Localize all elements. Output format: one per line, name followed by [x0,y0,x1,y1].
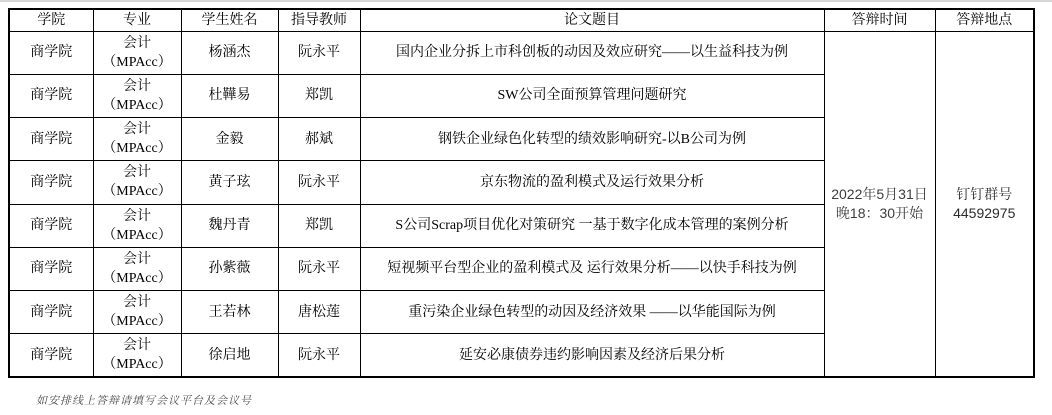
major-line1: 会计 [96,293,179,312]
header-major: 专业 [93,9,181,31]
thesis-title-cell: 重污染企业绿色转型的动因及经济效果 ——以华能国际为例 [360,291,824,334]
major-line2: （MPAcc） [96,269,179,288]
major-line1: 会计 [96,336,179,355]
major-line1: 会计 [96,163,179,182]
major-cell: 会计 （MPAcc） [93,204,181,247]
college-cell: 商学院 [9,291,93,334]
defense-time-line1: 2022年5月31日 [827,185,933,204]
defense-schedule-table: 学院 专业 学生姓名 指导教师 论文题目 答辩时间 答辩地点 商学院 会计 （M… [8,8,1035,378]
student-name-cell: 徐启地 [181,334,278,377]
thesis-title-cell: 短视频平台型企业的盈利模式及 运行效果分析——以快手科技为例 [360,247,824,290]
major-cell: 会计 （MPAcc） [93,334,181,377]
student-name-cell: 魏丹青 [181,204,278,247]
defense-location-cell: 钉钉群号 44592975 [935,31,1034,377]
advisor-cell: 阮永平 [278,161,360,204]
table-header-row: 学院 专业 学生姓名 指导教师 论文题目 答辩时间 答辩地点 [9,9,1034,31]
college-cell: 商学院 [9,247,93,290]
major-cell: 会计 （MPAcc） [93,291,181,334]
thesis-title-cell: 京东物流的盈利模式及运行效果分析 [360,161,824,204]
header-advisor: 指导教师 [278,9,360,31]
defense-location-line2: 44592975 [938,204,1032,223]
major-cell: 会计 （MPAcc） [93,161,181,204]
footer-note: 如安排线上答辩请填写会议平台及会议号 [36,392,252,408]
header-student-name: 学生姓名 [181,9,278,31]
major-line1: 会计 [96,77,179,96]
college-cell: 商学院 [9,31,93,74]
major-cell: 会计 （MPAcc） [93,74,181,117]
defense-time-cell: 2022年5月31日 晚18：30开始 [824,31,935,377]
header-thesis-title: 论文题目 [360,9,824,31]
thesis-title-cell: S公司Scrap项目优化对策研究 一基于数字化成本管理的案例分析 [360,204,824,247]
student-name-cell: 王若林 [181,291,278,334]
major-cell: 会计 （MPAcc） [93,31,181,74]
major-line1: 会计 [96,250,179,269]
advisor-cell: 郑凯 [278,74,360,117]
thesis-title-cell: 钢铁企业绿色化转型的绩效影响研究-以B公司为例 [360,118,824,161]
major-line2: （MPAcc） [96,226,179,245]
major-line1: 会计 [96,120,179,139]
student-name-cell: 孙紫薇 [181,247,278,290]
header-defense-time: 答辩时间 [824,9,935,31]
thesis-title-cell: 延安必康债券违约影响因素及经济后果分析 [360,334,824,377]
thesis-title-cell: SW公司全面预算管理问题研究 [360,74,824,117]
student-name-cell: 金毅 [181,118,278,161]
major-line2: （MPAcc） [96,355,179,374]
header-college: 学院 [9,9,93,31]
college-cell: 商学院 [9,161,93,204]
table-row: 商学院 会计 （MPAcc） 杨涵杰 阮永平 国内企业分拆上市科创板的动因及效应… [9,31,1034,74]
college-cell: 商学院 [9,74,93,117]
major-line2: （MPAcc） [96,139,179,158]
advisor-cell: 阮永平 [278,334,360,377]
major-line1: 会计 [96,207,179,226]
defense-location-line1: 钉钉群号 [938,185,1032,204]
major-cell: 会计 （MPAcc） [93,247,181,290]
student-name-cell: 杜鞾易 [181,74,278,117]
college-cell: 商学院 [9,334,93,377]
student-name-cell: 杨涵杰 [181,31,278,74]
major-line1: 会计 [96,34,179,53]
header-defense-place: 答辩地点 [935,9,1034,31]
major-line2: （MPAcc） [96,182,179,201]
student-name-cell: 黄子玹 [181,161,278,204]
advisor-cell: 郑凯 [278,204,360,247]
thesis-title-cell: 国内企业分拆上市科创板的动因及效应研究——以生益科技为例 [360,31,824,74]
major-cell: 会计 （MPAcc） [93,118,181,161]
major-line2: （MPAcc） [96,96,179,115]
college-cell: 商学院 [9,118,93,161]
major-line2: （MPAcc） [96,53,179,72]
advisor-cell: 郝斌 [278,118,360,161]
advisor-cell: 阮永平 [278,247,360,290]
defense-time-line2: 晚18：30开始 [827,204,933,223]
college-cell: 商学院 [9,204,93,247]
major-line2: （MPAcc） [96,312,179,331]
advisor-cell: 唐松莲 [278,291,360,334]
window-top-edge [0,0,1052,2]
advisor-cell: 阮永平 [278,31,360,74]
